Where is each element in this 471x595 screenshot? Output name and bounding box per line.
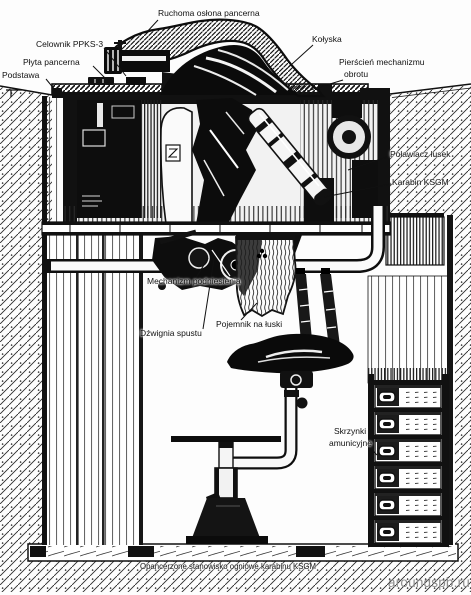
ammo-boxes	[368, 368, 449, 547]
turret-chamber	[42, 96, 390, 235]
label-skrzynki-line1: Skrzynki	[334, 427, 366, 436]
label-skrzynki-line2: amunicyjne	[329, 439, 372, 448]
label-kolyska: Kołyska	[312, 35, 342, 44]
diagram-canvas: Ruchoma osłona pancerna Celownik PPKS-3 …	[0, 0, 471, 595]
rotation-ring	[330, 118, 368, 156]
label-plyta-pancerna: Płyta pancerna	[23, 58, 80, 67]
ammo-box	[368, 385, 449, 412]
sight-cabinet	[77, 100, 141, 218]
ammo-box	[368, 520, 449, 547]
label-dzwignia: Dźwignia spustu	[140, 329, 202, 338]
case-bag	[236, 233, 296, 316]
table-top	[171, 436, 281, 442]
ammo-box	[368, 493, 449, 520]
ammo-box	[368, 412, 449, 439]
label-pierscien-line2: obrotu	[344, 70, 368, 79]
bunker-cross-section-drawing	[0, 0, 471, 595]
front-sight	[118, 40, 122, 50]
label-celownik: Celownik PPKS-3	[36, 40, 103, 49]
label-ruchoma-oslona: Ruchoma osłona pancerna	[158, 9, 260, 18]
trigger-lever-hub	[189, 248, 209, 268]
label-karabin: Karabin KSGM	[392, 178, 449, 187]
label-mechanizm: Mechanizm podniesienia	[147, 277, 241, 286]
feed-chute	[161, 108, 192, 224]
turret-rail	[42, 222, 390, 235]
label-pojemnik: Pojemnik na łuski	[216, 320, 282, 329]
figure-caption: Opancerzone stanowisko ogniowe karabinu …	[88, 562, 368, 571]
label-pierscien-line1: Pierścień mechanizmu	[339, 58, 425, 67]
watermark: aroundspb.ru	[380, 575, 470, 590]
chute-housing	[386, 217, 444, 265]
ammo-box	[368, 466, 449, 493]
ammo-box	[368, 439, 449, 466]
label-podstawa: Podstawa	[2, 71, 39, 80]
label-polawiacz: Poławiacz łusek	[390, 150, 450, 159]
